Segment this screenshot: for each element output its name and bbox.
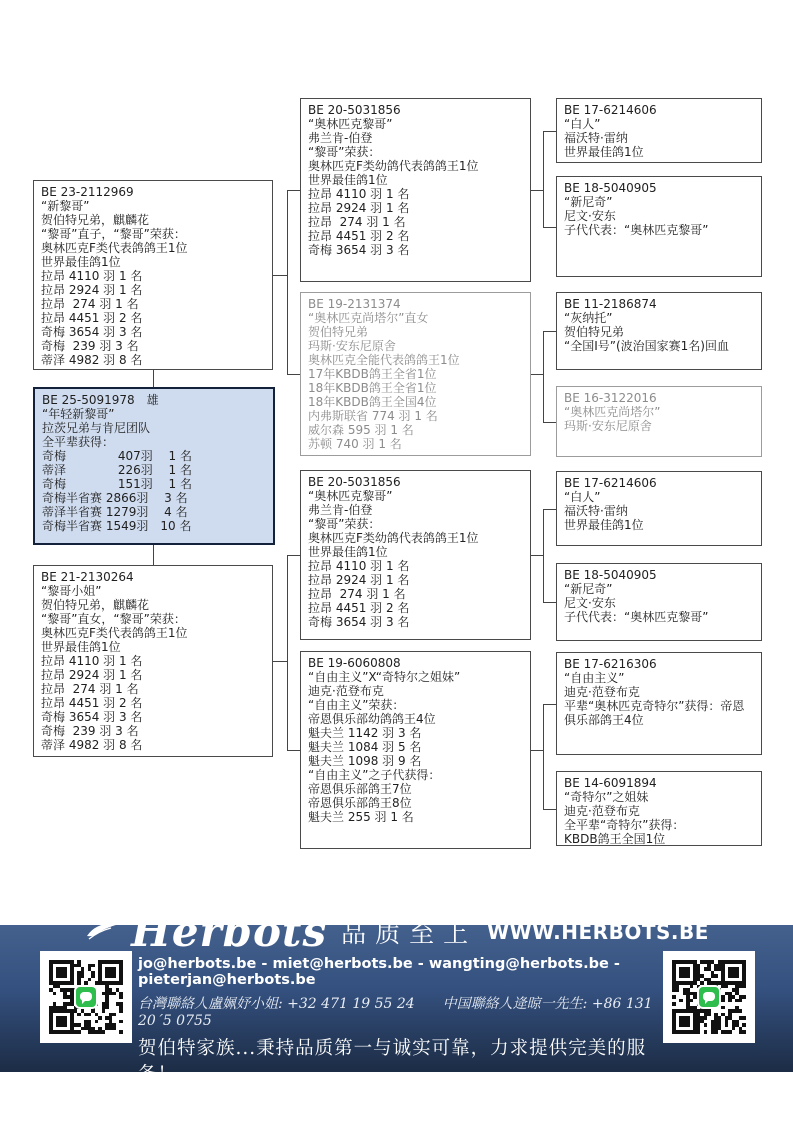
pedigree-text-line: “自由主义”之子代获得： [308,768,523,782]
pedigree-text-line: “新尼奇” [564,582,754,596]
pedigree-text-line: 拉昂 2924 羽 1 名 [41,283,265,297]
pedigree-box-l3: BE 21-2130264“黎哥小姐”贺伯特兄弟，麒麟花“黎哥”直女，“黎哥”荣… [33,565,273,757]
pedigree-box-l1: BE 23-2112969“新黎哥”贺伯特兄弟，麒麟花“黎哥”直子，“黎哥”荣获… [33,180,273,370]
pedigree-text-line: “灰纳托” [564,311,754,325]
connector-line [543,602,556,603]
pedigree-text-line: BE 14-6091894 [564,776,754,790]
pedigree-text-line: “白人” [564,117,754,131]
pedigree-text-line: 魁夫兰 1098 羽 9 名 [308,754,523,768]
pedigree-text-line: 子代代表：“奥林匹克黎哥” [564,223,754,237]
pedigree-text-line: BE 19-2131374 [308,297,523,311]
pedigree-text-line: 奇梅 239 羽 3 名 [41,724,265,738]
connector-line [287,750,300,751]
pedigree-text-line: “奥林匹克黎哥” [308,117,523,131]
pedigree-text-line: “黎哥小姐” [41,584,265,598]
pedigree-text-line: “新黎哥” [41,199,265,213]
pedigree-text-line: 奥林匹克全能代表鸽鸽王1位 [308,353,523,367]
pedigree-text-line: 拉昂 4110 羽 1 名 [41,654,265,668]
pedigree-text-line: 拉昂 274 羽 1 名 [308,587,523,601]
pedigree-text-line: 福沃特·雷纳 [564,131,754,145]
pedigree-text-line: BE 16-3122016 [564,391,754,405]
pedigree-box-m4: BE 19-6060808“自由主义”X“奇特尔之姐妹”迪克·范登布克“自由主义… [300,651,531,849]
pedigree-text-line: “黎哥”直子，“黎哥”荣获： [41,227,265,241]
connector-line [287,555,288,750]
connector-line [543,131,544,227]
pedigree-text-line: 苏顿 740 羽 1 名 [308,437,523,451]
line-icon [74,985,98,1009]
pedigree-text-line: 奥林匹克F类幼鸽代表鸽鸽王1位 [308,531,523,545]
pedigree-text-line: 18年KBDB鸽王全省1位 [308,381,523,395]
pedigree-text-line: 帝恩俱乐部幼鸽鸽王4位 [308,712,523,726]
pedigree-text-line: BE 21-2130264 [41,570,265,584]
connector-line [531,190,543,191]
pedigree-text-line: 拉昂 2924 羽 1 名 [308,201,523,215]
pedigree-text-line: 奇梅 3654 羽 3 名 [41,710,265,724]
connector-line [543,331,556,332]
pedigree-text-line: 奥林匹克F类幼鸽代表鸽鸽王1位 [308,159,523,173]
pedigree-box-r6: BE 18-5040905“新尼奇”尼文·安东子代代表：“奥林匹克黎哥” [556,563,762,641]
pedigree-text-line: “自由主义”X“奇特尔之姐妹” [308,670,523,684]
pedigree-text-line: 迪克·范登布克 [564,804,754,818]
connector-line [273,661,287,662]
pedigree-text-line: 世界最佳鸽1位 [564,145,754,159]
pedigree-text-line: 拉昂 274 羽 1 名 [308,215,523,229]
pedigree-box-m2: BE 19-2131374“奥林匹克尚塔尔”直女贺伯特兄弟玛斯·安东尼原舍奥林匹… [300,292,531,456]
pedigree-box-r3: BE 11-2186874“灰纳托”贺伯特兄弟“全国Ⅰ号”(波治国家赛1名)回血 [556,292,762,370]
connector-line [543,509,556,510]
pedigree-text-line: BE 25-5091978 雄 [42,393,266,407]
pedigree-text-line: 拉茨兄弟与肯尼团队 [42,421,266,435]
pedigree-text-line: 拉昂 2924 羽 1 名 [41,668,265,682]
pedigree-text-line: BE 20-5031856 [308,475,523,489]
pedigree-text-line: 迪克·范登布克 [308,684,523,698]
pedigree-text-line: 拉昂 4110 羽 1 名 [308,187,523,201]
pedigree-text-line: “黎哥”荣获： [308,517,523,531]
connector-line [531,750,543,751]
pedigree-text-line: “奥林匹克尚塔尔” [564,405,754,419]
pedigree-box-r5: BE 17-6214606“白人”福沃特·雷纳世界最佳鸽1位 [556,471,762,546]
logo-row: Herbots 品质至上 WWW.HERBOTS.BE [85,912,709,952]
pedigree-text-line: BE 18-5040905 [564,568,754,582]
connector-line [543,131,556,132]
pedigree-text-line: 魁夫兰 1142 羽 3 名 [308,726,523,740]
pedigree-text-line: 拉昂 4451 羽 2 名 [308,229,523,243]
connector-line [543,422,556,423]
pedigree-text-line: 拉昂 4110 羽 1 名 [41,269,265,283]
pedigree-text-line: 福沃特·雷纳 [564,504,754,518]
pedigree-text-line: 帝恩俱乐部鸽王7位 [308,782,523,796]
pedigree-text-line: 奇梅半省赛 2866羽 3 名 [42,491,266,505]
connector-line [287,190,300,191]
pedigree-text-line: 17年KBDB鸽王全省1位 [308,367,523,381]
wechat-qr-code [663,951,755,1043]
pedigree-text-line: 贺伯特兄弟 [564,325,754,339]
pedigree-text-line: “白人” [564,490,754,504]
connector-line [287,555,300,556]
pedigree-text-line: 内弗斯联省 774 羽 1 名 [308,409,523,423]
pedigree-text-line: “黎哥”直女，“黎哥”荣获： [41,612,265,626]
pedigree-text-line: 贺伯特兄弟，麒麟花 [41,598,265,612]
pedigree-text-line: 世界最佳鸽1位 [41,255,265,269]
pedigree-text-line: 俱乐部鸽王4位 [564,713,754,727]
pedigree-text-line: 奇梅 151羽 1 名 [42,477,266,491]
pedigree-text-line: “自由主义”荣获： [308,698,523,712]
pedigree-text-line: 拉昂 2924 羽 1 名 [308,573,523,587]
pedigree-text-line: BE 17-6214606 [564,476,754,490]
pedigree-text-line: 世界最佳鸽1位 [308,173,523,187]
pedigree-box-r1: BE 17-6214606“白人”福沃特·雷纳世界最佳鸽1位 [556,98,762,163]
pedigree-text-line: BE 11-2186874 [564,297,754,311]
footer-content: Herbots 品质至上 WWW.HERBOTS.BE jo@herbots.b… [138,933,656,1064]
pedigree-text-line: 奇梅 3654 羽 3 名 [308,615,523,629]
pedigree-text-line: BE 20-5031856 [308,103,523,117]
connector-line [543,331,544,422]
pedigree-text-line: “全国Ⅰ号”(波治国家赛1名)回血 [564,339,754,353]
pedigree-text-line: 奥林匹克F类代表鸽鸽王1位 [41,241,265,255]
pedigree-box-r4: BE 16-3122016“奥林匹克尚塔尔”玛斯·安东尼原舍 [556,386,762,457]
wechat-icon [697,985,721,1009]
pedigree-text-line: 奇梅 239 羽 3 名 [41,339,265,353]
pedigree-text-line: “奇特尔”之姐妹 [564,790,754,804]
pedigree-box-m3: BE 20-5031856“奥林匹克黎哥”弗兰肯-伯登“黎哥”荣获：奥林匹克F类… [300,470,531,640]
pedigree-text-line: 威尔森 595 羽 1 名 [308,423,523,437]
pedigree-box-r2: BE 18-5040905“新尼奇”尼文·安东子代代表：“奥林匹克黎哥” [556,176,762,277]
pedigree-text-line: 18年KBDB鸽王全国4位 [308,395,523,409]
pedigree-text-line: 拉昂 4451 羽 2 名 [41,311,265,325]
connector-line [287,190,288,374]
pedigree-text-line: 蒂泽 4982 羽 8 名 [41,738,265,752]
pedigree-text-line: 世界最佳鸽1位 [41,640,265,654]
pedigree-text-line: 弗兰肯-伯登 [308,131,523,145]
connector-line [543,809,556,810]
pedigree-text-line: 弗兰肯-伯登 [308,503,523,517]
pedigree-text-line: “年轻新黎哥” [42,407,266,421]
pedigree-text-line: 平辈“奥林匹克奇特尔”获得：帝恩 [564,699,754,713]
connector-line [531,374,543,375]
pedigree-text-line: 玛斯·安东尼原舍 [308,339,523,353]
pedigree-text-line: 子代代表：“奥林匹克黎哥” [564,610,754,624]
pedigree-text-line: “新尼奇” [564,195,754,209]
pedigree-text-line: 尼文·安东 [564,596,754,610]
pedigree-text-line: 拉昂 274 羽 1 名 [41,682,265,696]
pedigree-text-line: “自由主义” [564,671,754,685]
pedigree-text-line: 拉昂 274 羽 1 名 [41,297,265,311]
pedigree-document-page: BE 23-2112969“新黎哥”贺伯特兄弟，麒麟花“黎哥”直子，“黎哥”荣获… [0,0,793,1122]
pedigree-text-line: BE 23-2112969 [41,185,265,199]
pedigree-text-line: 世界最佳鸽1位 [308,545,523,559]
pedigree-text-line: 奇梅 3654 羽 3 名 [41,325,265,339]
connector-line [543,227,556,228]
slogan-text: 贺伯特家族...秉持品质第一与诚实可靠，力求提供完美的服务！ [138,1034,656,1086]
pedigree-text-line: 拉昂 4451 羽 2 名 [41,696,265,710]
pedigree-text-line: BE 18-5040905 [564,181,754,195]
pedigree-text-line: 贺伯特兄弟 [308,325,523,339]
pedigree-text-line: 蒂泽半省赛 1279羽 4 名 [42,505,266,519]
pedigree-text-line: BE 19-6060808 [308,656,523,670]
pedigree-text-line: 魁夫兰 255 羽 1 名 [308,810,523,824]
pedigree-text-line: “奥林匹克黎哥” [308,489,523,503]
pedigree-text-line: 全平辈“奇特尔”获得： [564,818,754,832]
pedigree-text-line: KBDB鸽王全国1位 [564,832,754,846]
website-url: WWW.HERBOTS.BE [487,920,709,944]
brand-logo: Herbots [131,912,327,952]
pedigree-text-line: 奥林匹克F类代表鸽鸽王1位 [41,626,265,640]
connector-line [531,555,543,556]
pedigree-box-r8: BE 14-6091894“奇特尔”之姐妹迪克·范登布克全平辈“奇特尔”获得：K… [556,771,762,846]
pedigree-text-line: “奥林匹克尚塔尔”直女 [308,311,523,325]
connector-line [273,275,287,276]
pedigree-text-line: 玛斯·安东尼原舍 [564,419,754,433]
pedigree-text-line: 拉昂 4110 羽 1 名 [308,559,523,573]
pedigree-text-line: BE 17-6214606 [564,103,754,117]
pedigree-text-line: 贺伯特兄弟，麒麟花 [41,213,265,227]
connector-line [153,370,154,387]
pedigree-text-line: 全平辈获得： [42,435,266,449]
feather-icon [85,919,121,945]
footer-band: Herbots 品质至上 WWW.HERBOTS.BE jo@herbots.b… [0,925,793,1072]
pedigree-text-line: 魁夫兰 1084 羽 5 名 [308,740,523,754]
pedigree-box-m1: BE 20-5031856“奥林匹克黎哥”弗兰肯-伯登“黎哥”荣获：奥林匹克F类… [300,98,531,282]
pedigree-box-l2: BE 25-5091978 雄“年轻新黎哥”拉茨兄弟与肯尼团队全平辈获得：奇梅 … [33,387,275,545]
brand-tagline: 品质至上 [341,914,477,950]
pedigree-box-r7: BE 17-6216306“自由主义”迪克·范登布克平辈“奥林匹克奇特尔”获得：… [556,652,762,755]
connector-line [287,374,300,375]
email-addresses: jo@herbots.be - miet@herbots.be - wangti… [138,956,656,988]
connector-line [543,509,544,602]
pedigree-text-line: 拉昂 4451 羽 2 名 [308,601,523,615]
pedigree-text-line: “黎哥”荣获： [308,145,523,159]
line-qr-code [40,951,132,1043]
pedigree-text-line: 帝恩俱乐部鸽王8位 [308,796,523,810]
pedigree-text-line: 奇梅 407羽 1 名 [42,449,266,463]
pedigree-text-line: 蒂泽 4982 羽 8 名 [41,353,265,367]
connector-line [153,545,154,565]
connector-line [543,704,544,809]
pedigree-text-line: 世界最佳鸽1位 [564,518,754,532]
contact-phones: 台灣聯絡人盧姵妤小姐: +32 471 19 55 24 中国聯絡人逄晾一先生:… [138,993,656,1029]
pedigree-text-line: 奇梅 3654 羽 3 名 [308,243,523,257]
pedigree-text-line: 尼文·安东 [564,209,754,223]
pedigree-text-line: 迪克·范登布克 [564,685,754,699]
pedigree-text-line: 奇梅半省赛 1549羽 10 名 [42,519,266,533]
pedigree-text-line: BE 17-6216306 [564,657,754,671]
connector-line [543,704,556,705]
pedigree-text-line: 蒂泽 226羽 1 名 [42,463,266,477]
